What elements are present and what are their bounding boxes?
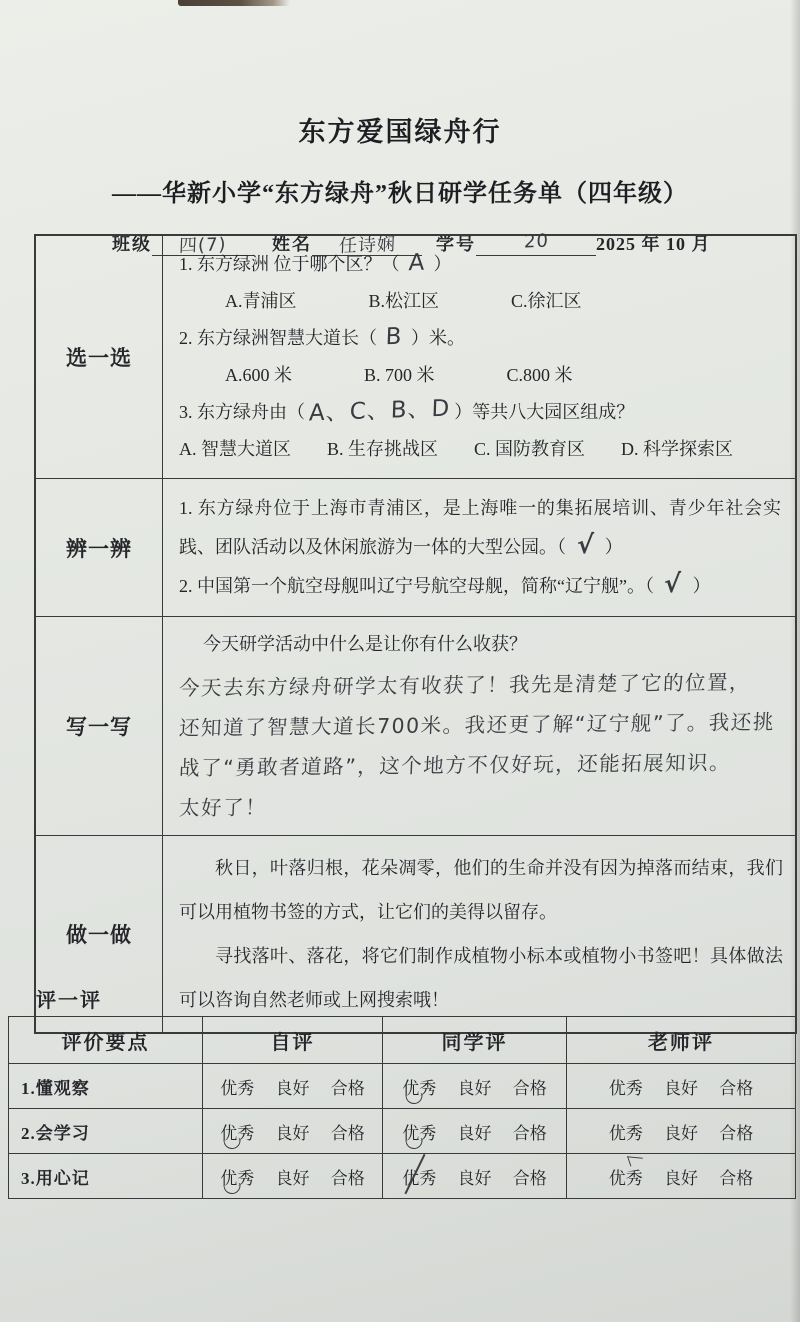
section-choose-content: 1. 东方绿洲 位于哪个区？（A） A.青浦区 B.松江区 C.徐汇区 2. 东…	[163, 236, 795, 478]
section-judge-content: 1. 东方绿舟位于上海市青浦区，是上海唯一的集拓展培训、青少年社会实践、团队活动…	[163, 479, 795, 616]
close-paren: ）	[434, 254, 452, 274]
question-3: 3. 东方绿舟由（A、C、B、D）等共八大园区组成？	[179, 394, 787, 431]
question-3-text: 3. 东方绿舟由	[179, 402, 287, 422]
section-do: 做一做 秋日，叶落归根，花朵凋零，他们的生命并没有因为掉落而结束，我们可以用植物…	[36, 836, 795, 1032]
rating-options-self: 优秀 良好 合格	[218, 1074, 367, 1099]
header-peer-eval: 同学评	[383, 1017, 567, 1064]
section-choose-label: 选一选	[36, 236, 163, 478]
rating-options-self: 优秀 良好 合格	[218, 1164, 367, 1189]
task-table: 选一选 1. 东方绿洲 位于哪个区？（A） A.青浦区 B.松江区 C.徐汇区 …	[34, 234, 797, 1034]
rating-options-teacher: 优秀 良好 合格	[607, 1074, 756, 1099]
question-1-text: 1. 东方绿洲 位于哪个区？	[179, 254, 382, 274]
desk-edge-strip	[178, 0, 290, 6]
header-criteria: 评价要点	[9, 1017, 203, 1064]
rating-options-peer: 优秀 良好 合格	[400, 1119, 549, 1144]
question-1: 1. 东方绿洲 位于哪个区？（A）	[179, 246, 787, 283]
question-1-options: A.青浦区 B.松江区 C.徐汇区	[179, 283, 787, 320]
open-paren: （	[287, 402, 305, 422]
question-3-suffix: 等共八大园区组成？	[472, 402, 634, 422]
rating-options-teacher: 优秀 良好 合格	[607, 1119, 756, 1144]
criterion-label: 3.用心记	[9, 1154, 203, 1199]
evaluation-section-label: 评一评	[36, 984, 102, 1013]
judge-item-1-text: 1. 东方绿舟位于上海市青浦区，是上海唯一的集拓展培训、青少年社会实践、团队活动…	[179, 498, 781, 557]
open-paren: （	[382, 254, 400, 274]
question-2: 2. 东方绿洲智慧大道长（B）米。	[179, 320, 787, 357]
write-answer-line: 今天去东方绿舟研学太有收获了！我先是清楚了它的位置，	[178, 662, 788, 708]
criterion-label: 1.懂观察	[9, 1064, 203, 1109]
rating-options-peer: 优秀 良好 合格	[400, 1074, 549, 1099]
question-1-answer-handwritten: A	[399, 257, 433, 268]
rating-options-peer: 优秀 良好 合格	[400, 1164, 549, 1189]
question-2-answer-handwritten: B	[377, 331, 411, 342]
do-paragraph-2: 寻找落叶、落花，将它们制作成植物小标本或植物小书签吧！具体做法可以咨询自然老师或…	[179, 934, 787, 1022]
judge-item-1-checkmark-handwritten: √	[570, 539, 600, 550]
write-answer-line: 战了“勇敢者道路”，这个地方不仅好玩，还能拓展知识。	[178, 742, 788, 788]
evaluation-row-memorize: 3.用心记 优秀 良好 合格 优秀 良好 合格 优秀 良好 合格	[9, 1154, 796, 1199]
judge-item-1: 1. 东方绿舟位于上海市青浦区，是上海唯一的集拓展培训、青少年社会实践、团队活动…	[179, 489, 787, 567]
close-paren: ）	[600, 537, 623, 557]
question-2-suffix: 米。	[429, 328, 465, 348]
header-teacher-eval: 老师评	[567, 1017, 796, 1064]
section-write: 写一写 今天研学活动中什么是让你有什么收获？ 今天去东方绿舟研学太有收获了！我先…	[36, 617, 795, 836]
section-judge-label: 辨一辨	[36, 479, 163, 616]
section-do-content: 秋日，叶落归根，花朵凋零，他们的生命并没有因为掉落而结束，我们可以用植物书签的方…	[163, 836, 795, 1032]
question-2-text: 2. 东方绿洲智慧大道长	[179, 328, 359, 348]
section-choose: 选一选 1. 东方绿洲 位于哪个区？（A） A.青浦区 B.松江区 C.徐汇区 …	[36, 236, 795, 479]
judge-item-2: 2. 中国第一个航空母舰叫辽宁号航空母舰，简称“辽宁舰”。（ √ ）	[179, 567, 787, 606]
open-paren: （	[645, 576, 659, 596]
page-title: 东方爱国绿舟行	[0, 0, 800, 149]
open-paren: （	[557, 537, 571, 557]
criterion-label: 2.会学习	[9, 1109, 203, 1154]
evaluation-table: 评价要点 自评 同学评 老师评 1.懂观察 优秀 良好 合格 优秀 良好 合格 …	[8, 1016, 796, 1199]
section-judge: 辨一辨 1. 东方绿舟位于上海市青浦区，是上海唯一的集拓展培训、青少年社会实践、…	[36, 479, 795, 617]
write-answer-line: 还知道了智慧大道长700米。我还更了解“辽宁舰”了。我还挑	[178, 702, 788, 748]
rating-options-teacher: 优秀 良好 合格	[607, 1164, 756, 1189]
question-3-options: A. 智慧大道区 B. 生存挑战区 C. 国防教育区 D. 科学探索区	[179, 431, 787, 468]
worksheet-photo: 东方爱国绿舟行 ——华新小学“东方绿舟”秋日研学任务单（四年级） 班级 四(7)…	[0, 0, 800, 1322]
page-subtitle: ——华新小学“东方绿舟”秋日研学任务单（四年级）	[0, 173, 800, 208]
judge-item-2-checkmark-handwritten: √	[658, 578, 688, 589]
judge-item-2-text: 2. 中国第一个航空母舰叫辽宁号航空母舰，简称“辽宁舰”。	[179, 576, 645, 596]
open-paren: （	[359, 328, 377, 348]
evaluation-row-observe: 1.懂观察 优秀 良好 合格 优秀 良好 合格 优秀 良好 合格	[9, 1064, 796, 1109]
section-write-content: 今天研学活动中什么是让你有什么收获？ 今天去东方绿舟研学太有收获了！我先是清楚了…	[163, 617, 795, 835]
close-paren: ）	[688, 576, 711, 596]
question-2-options: A.600 米 B. 700 米 C.800 米	[179, 357, 787, 394]
section-write-label: 写一写	[36, 617, 163, 835]
write-prompt: 今天研学活动中什么是让你有什么收获？	[179, 627, 787, 661]
close-paren: ）	[454, 402, 472, 422]
rating-options-self: 优秀 良好 合格	[218, 1119, 367, 1144]
do-paragraph-1: 秋日，叶落归根，花朵凋零，他们的生命并没有因为掉落而结束，我们可以用植物书签的方…	[179, 846, 787, 934]
header-self-eval: 自评	[203, 1017, 383, 1064]
evaluation-row-learn: 2.会学习 优秀 良好 合格 优秀 良好 合格 优秀 良好 合格	[9, 1109, 796, 1154]
write-answer-line: 太好了！	[178, 782, 788, 828]
write-answer-handwritten: 今天去东方绿舟研学太有收获了！我先是清楚了它的位置， 还知道了智慧大道长700米…	[179, 665, 787, 825]
close-paren: ）	[411, 328, 429, 348]
question-3-answer-handwritten: A、C、B、D	[305, 403, 455, 418]
evaluation-header-row: 评价要点 自评 同学评 老师评	[9, 1017, 796, 1064]
